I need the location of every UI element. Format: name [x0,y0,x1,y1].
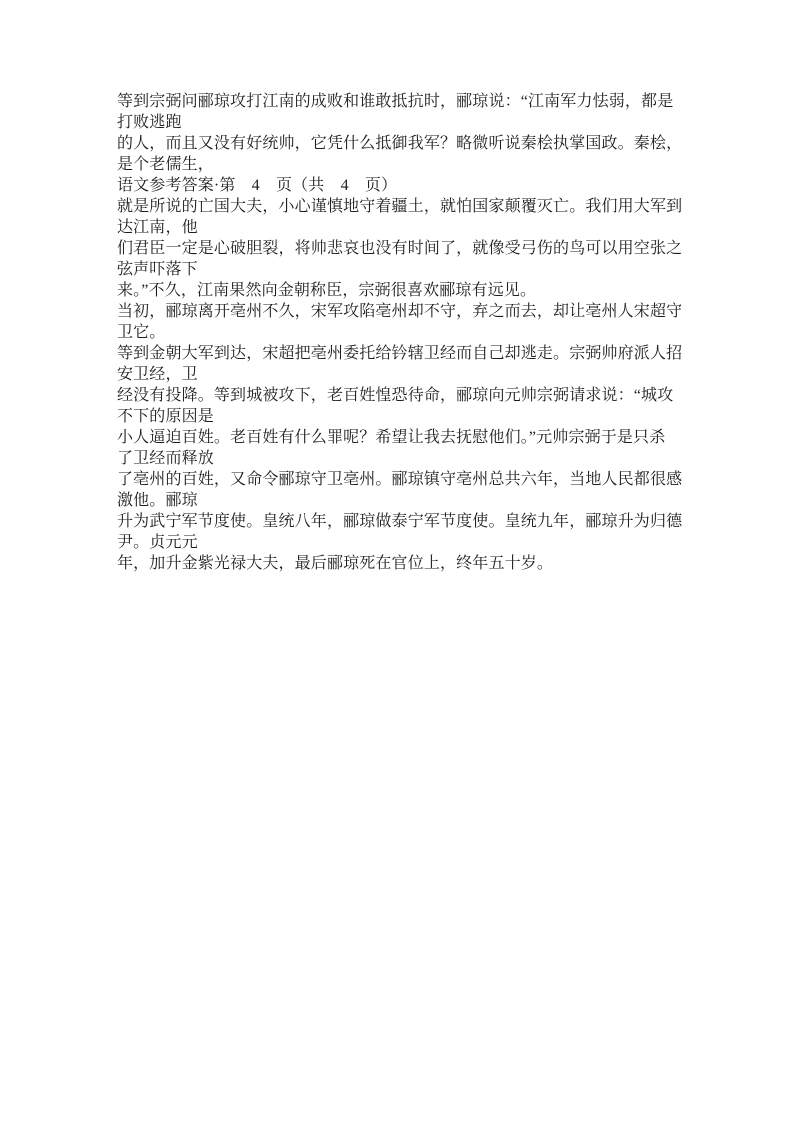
text-line: 小人逼迫百姓。老百姓有什么罪呢？希望让我去抚慰他们。”元帅宗弼于是只杀 [117,427,692,448]
text-line: 是个老儒生， [117,154,692,175]
text-line: 就是所说的亡国大夫，小心谨慎地守着疆土，就怕国家颠覆灭亡。我们用大军到 [117,196,692,217]
text-line: 不下的原因是 [117,406,692,427]
text-line: 等到金朝大军到达，宋超把亳州委托给钤辖卫经而自己却逃走。宗弼帅府派人招 [117,343,692,364]
text-line: 卫它。 [117,322,692,343]
page-footer-text: 语文参考答案·第 4 页（共 4 页） [117,175,692,196]
text-line: 当初，郦琼离开亳州不久，宋军攻陷亳州却不守，弃之而去，却让亳州人宋超守 [117,301,692,322]
text-line: 的人，而且又没有好统帅，它凭什么抵御我军？略微听说秦桧执掌国政。秦桧， [117,133,692,154]
text-line: 等到宗弼问郦琼攻打江南的成败和谁敢抵抗时，郦琼说：“江南军力怯弱，都是 [117,91,692,112]
text-line: 们君臣一定是心破胆裂，将帅悲哀也没有时间了，就像受弓伤的鸟可以用空张之 [117,238,692,259]
document-body: 等到宗弼问郦琼攻打江南的成败和谁敢抵抗时，郦琼说：“江南军力怯弱，都是 打败逃跑… [117,91,692,574]
text-line: 激他。郦琼 [117,490,692,511]
text-line: 升为武宁军节度使。皇统八年，郦琼做泰宁军节度使。皇统九年，郦琼升为归德 [117,511,692,532]
text-line: 安卫经，卫 [117,364,692,385]
text-line: 尹。贞元元 [117,532,692,553]
text-line: 了卫经而释放 [117,448,692,469]
text-line: 经没有投降。等到城被攻下，老百姓惶恐待命，郦琼向元帅宗弼请求说：“城攻 [117,385,692,406]
text-line: 了亳州的百姓，又命令郦琼守卫亳州。郦琼镇守亳州总共六年，当地人民都很感 [117,469,692,490]
text-line: 来。”不久，江南果然向金朝称臣，宗弼很喜欢郦琼有远见。 [117,280,692,301]
text-line: 打败逃跑 [117,112,692,133]
text-line: 达江南，他 [117,217,692,238]
document-page: 等到宗弼问郦琼攻打江南的成败和谁敢抵抗时，郦琼说：“江南军力怯弱，都是 打败逃跑… [0,0,800,1131]
text-line: 年，加升金紫光禄大夫，最后郦琼死在官位上，终年五十岁。 [117,553,692,574]
text-line: 弦声吓落下 [117,259,692,280]
